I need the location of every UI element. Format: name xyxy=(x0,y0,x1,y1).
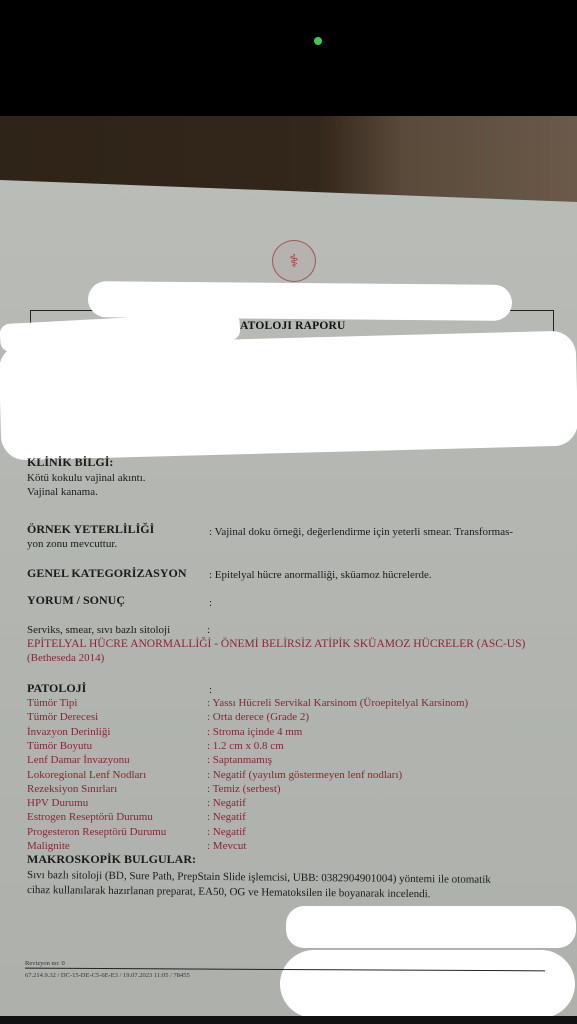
general-category-heading: GENEL KATEGORİZASYON xyxy=(27,567,186,580)
redaction-signature-top xyxy=(286,906,576,948)
clinical-info-line: Vajinal kanama. xyxy=(27,486,98,499)
pathology-row-label: Lenf Damar İnvazyonu xyxy=(27,754,130,767)
pathology-row-value: : Orta derece (Grade 2) xyxy=(207,711,309,724)
pathology-row-label: Lokoregional Lenf Nodları xyxy=(27,769,146,782)
clinical-info-line: Kötü kokulu vajinal akıntı. xyxy=(27,472,146,485)
specimen-colon: : xyxy=(207,624,210,637)
pathology-row-value: : Temiz (serbest) xyxy=(207,783,281,796)
revision-number: Revizyon no: 0 xyxy=(25,960,65,967)
diagnosis-system: (Betheseda 2014) xyxy=(27,652,104,665)
pathology-row-value: : Yassı Hücreli Servikal Karsinom (Üroep… xyxy=(207,697,468,710)
bottom-edge xyxy=(0,1016,577,1024)
pathology-row-label: Tümör Boyutu xyxy=(27,740,92,753)
pathology-row-label: Tümör Tipi xyxy=(27,697,77,710)
macroscopic-heading: MAKROSKOPİK BULGULAR: xyxy=(27,853,196,866)
report-title: ATOLOJI RAPORU xyxy=(240,320,346,332)
pathology-colon: : xyxy=(209,684,212,697)
general-category-value: : Epitelyal hücre anormalliği, sküamoz h… xyxy=(209,569,432,582)
pathology-row-value: : Negatif (yayılım göstermeyen lenf nodl… xyxy=(207,769,402,782)
pathology-row-label: İnvazyon Derinliği xyxy=(27,726,110,739)
sample-adequacy-continuation: yon zonu mevcuttur. xyxy=(27,538,117,551)
clinical-info-heading: KLİNİK BİLGİ: xyxy=(27,456,113,469)
pathology-row-value: : Stroma içinde 4 mm xyxy=(207,726,302,739)
pathology-row-label: Progesteron Reseptörü Durumu xyxy=(27,826,166,839)
diagnosis: EPİTELYAL HÜCRE ANORMALLİĞİ - ÖNEMİ BELİ… xyxy=(27,638,525,651)
pathology-heading: PATOLOJİ xyxy=(27,682,86,695)
redaction-header xyxy=(88,281,512,321)
sample-adequacy-heading: ÖRNEK YETERLİLİĞİ xyxy=(27,523,154,536)
camera-bar xyxy=(0,0,577,116)
pathology-row-value: : Negatif xyxy=(207,811,246,824)
interpretation-heading: YORUM / SONUÇ xyxy=(27,594,125,607)
document-code: 67.214.9.32 / DC-15-DE-C5-6E-E3 / 19.07.… xyxy=(25,972,190,979)
pathology-row-value: : Negatif xyxy=(207,826,246,839)
sample-adequacy-value: : Vajinal doku örneği, değerlendirme içi… xyxy=(209,526,513,539)
pathology-row-label: Tümör Derecesi xyxy=(27,711,98,724)
pathology-row-value: : Saptanmamış xyxy=(207,754,272,767)
health-ministry-emblem-icon: ⚕ xyxy=(272,240,316,282)
pathology-row-label: Estrogen Reseptörü Durumu xyxy=(27,811,153,824)
pathology-row-value: : Negatif xyxy=(207,797,246,810)
pathology-row-value: : 1.2 cm x 0.8 cm xyxy=(207,740,284,753)
interpretation-colon: : xyxy=(209,597,212,610)
pathology-row-label: HPV Durumu xyxy=(27,797,88,810)
pathology-row-value: : Mevcut xyxy=(207,840,246,853)
specimen-label: Serviks, smear, sıvı bazlı sitoloji xyxy=(27,624,170,637)
redaction-signature-bottom xyxy=(280,950,575,1018)
redaction-patient-info xyxy=(0,330,577,460)
camera-indicator-icon xyxy=(314,37,322,45)
pathology-row-label: Rezeksiyon Sınırları xyxy=(27,783,117,796)
